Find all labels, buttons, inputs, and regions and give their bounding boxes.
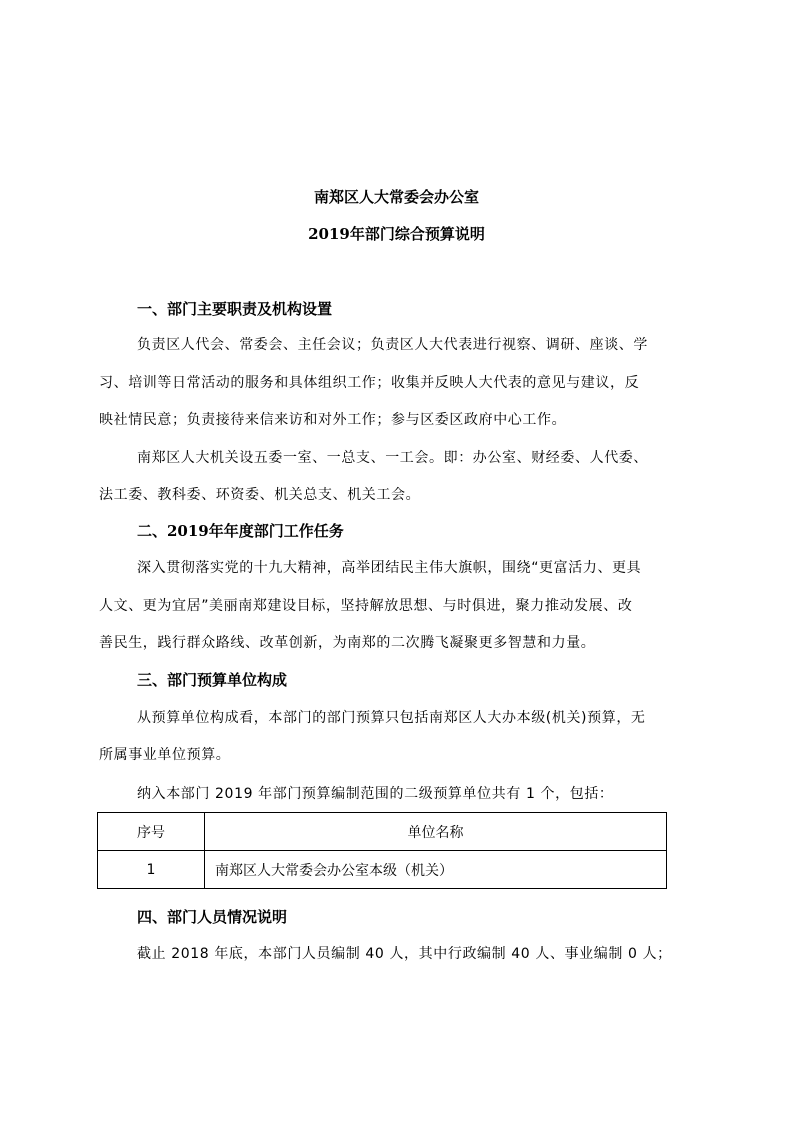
budget-units-table: 序号 单位名称 1 南郑区人大常委会办公室本级（机关） (97, 812, 667, 889)
section-heading-4: 四、部门人员情况说明 (137, 906, 287, 927)
paragraph-line: 截止 2018 年底，本部门人员编制 40 人，其中行政编制 40 人、事业编制… (137, 943, 672, 963)
document-title: 南郑区人大常委会办公室 (0, 186, 793, 207)
paragraph-line: 所属事业单位预算。 (99, 744, 230, 764)
paragraph-line: 人文、更为宜居”美丽南郑建设目标，坚持解放思想、与时俱进，聚力推动发展、改 (99, 595, 632, 615)
paragraph-line: 深入贯彻落实党的十九大精神，高举团结民主伟大旗帜，围绕“更富活力、更具 (137, 557, 641, 577)
paragraph-line: 负责区人代会、常委会、主任会议；负责区人大代表进行视察、调研、座谈、学 (137, 334, 648, 354)
paragraph-line: 映社情民意；负责接待来信来访和对外工作；参与区委区政府中心工作。 (99, 409, 566, 429)
paragraph-line: 从预算单位构成看，本部门的部门预算只包括南郑区人大办本级(机关)预算，无 (137, 707, 646, 727)
paragraph-line: 纳入本部门 2019 年部门预算编制范围的二级预算单位共有 1 个，包括： (137, 783, 614, 803)
table-cell: 南郑区人大常委会办公室本级（机关） (205, 851, 667, 889)
paragraph-line: 南郑区人大机关设五委一室、一总支、一工会。即：办公室、财经委、人代委、 (137, 447, 648, 467)
section-heading-1: 一、部门主要职责及机构设置 (137, 298, 332, 319)
document-subtitle: 2019年部门综合预算说明 (0, 223, 793, 244)
paragraph-line: 善民生，践行群众路线、改革创新，为南郑的二次腾飞凝聚更多智慧和力量。 (99, 632, 595, 652)
table-row: 1 南郑区人大常委会办公室本级（机关） (98, 851, 667, 889)
paragraph-line: 习、培训等日常活动的服务和具体组织工作；收集并反映人大代表的意见与建议，反 (99, 372, 639, 392)
table-cell: 1 (98, 851, 205, 889)
section-heading-3: 三、部门预算单位构成 (137, 669, 287, 690)
table-header-cell: 单位名称 (205, 813, 667, 851)
section-heading-2: 二、2019年年度部门工作任务 (137, 520, 344, 541)
table-header-row: 序号 单位名称 (98, 813, 667, 851)
table-header-cell: 序号 (98, 813, 205, 851)
paragraph-line: 法工委、教科委、环资委、机关总支、机关工会。 (99, 484, 420, 504)
